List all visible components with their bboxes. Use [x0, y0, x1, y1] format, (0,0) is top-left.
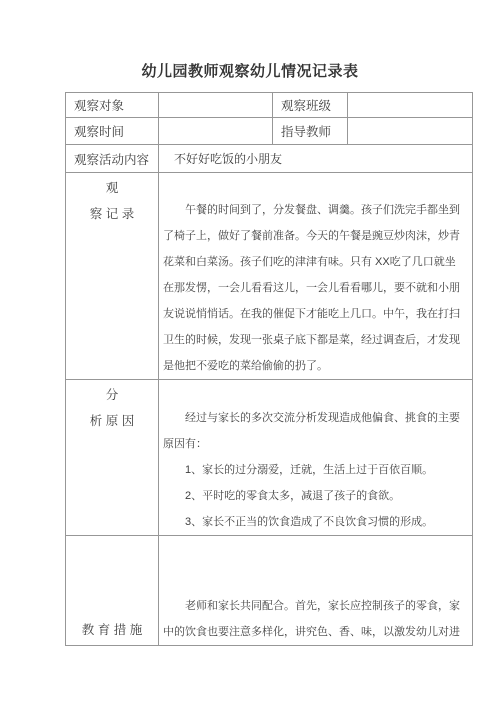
text-line: 花菜和白菜汤。孩子们吃的津津有味。只有 XX吃了几口就坐 — [163, 249, 468, 275]
text-line: 友说说悄悄话。在我的催促下才能吃上几口。中午，我在打扫 — [163, 301, 468, 327]
label-education-measures: 教 育 措 施 — [66, 536, 159, 646]
table-row: 观察对象 观察班级 — [66, 93, 473, 118]
label-observation-class: 观察班级 — [273, 93, 348, 118]
table-row: 分析 原 因 经过与家长的多次交流分析发现造成他偏食、挑食的主要原因有： 1、家… — [66, 380, 473, 536]
label-observation-subject: 观察对象 — [66, 93, 159, 118]
table-row: 观察时间 指导教师 — [66, 118, 473, 145]
text-line: 中的饮食也要注意多样化，讲究色、香、味，以激发幼儿对进 — [163, 619, 468, 645]
observation-form-table: 观察对象 观察班级 观察时间 指导教师 观察活动内容 不好好吃饭的小朋友 观察 … — [65, 92, 473, 646]
text-line: 了椅子上，做好了餐前准备。今天的午餐是豌豆炒肉沫，炒青 — [163, 223, 468, 249]
field-guiding-teacher[interactable] — [348, 118, 473, 145]
field-observation-record: 午餐的时间到了，分发餐盘、调羹。孩子们洗完手都坐到了椅子上，做好了餐前准备。今天… — [159, 173, 473, 380]
label-observation-record: 观察 记 录 — [66, 173, 159, 380]
text-line: 析 原 因 — [66, 408, 158, 434]
text-line: 在那发愣，一会儿看看这儿，一会儿看看哪儿，要不就和小朋 — [163, 275, 468, 301]
field-observation-time[interactable] — [159, 118, 273, 145]
label-observation-time: 观察时间 — [66, 118, 159, 145]
text-line: 老师和家长共同配合。首先，家长应控制孩子的零食，家 — [163, 593, 468, 619]
field-analysis-reason: 经过与家长的多次交流分析发现造成他偏食、挑食的主要原因有： 1、家长的过分溺爱，… — [159, 380, 473, 536]
table-row: 教 育 措 施 老师和家长共同配合。首先，家长应控制孩子的零食，家中的饮食也要注… — [66, 536, 473, 646]
label-activity-content: 观察活动内容 — [66, 145, 159, 173]
text-line: 1、家长的过分溺爱，迁就，生活上过于百依百顺。 — [163, 457, 468, 483]
field-education-measures: 老师和家长共同配合。首先，家长应控制孩子的零食，家中的饮食也要注意多样化，讲究色… — [159, 536, 473, 646]
label-guiding-teacher: 指导教师 — [273, 118, 348, 145]
table-row: 观察活动内容 不好好吃饭的小朋友 — [66, 145, 473, 173]
page-title: 幼儿园教师观察幼儿情况记录表 — [0, 60, 500, 81]
field-observation-class[interactable] — [348, 93, 473, 118]
label-analysis-reason: 分析 原 因 — [66, 380, 159, 536]
text-line: 午餐的时间到了，分发餐盘、调羹。孩子们洗完手都坐到 — [163, 197, 468, 223]
field-activity-content: 不好好吃饭的小朋友 — [159, 145, 473, 173]
text-line: 2、平时吃的零食太多，减退了孩子的食欲。 — [163, 483, 468, 509]
text-line: 察 记 录 — [66, 201, 158, 227]
text-line: 经过与家长的多次交流分析发现造成他偏食、挑食的主要 — [163, 405, 468, 431]
text-line: 观 — [66, 175, 158, 201]
text-line: 卫生的时候，发现一张桌子底下都是菜，经过调查后，才发现 — [163, 327, 468, 353]
text-line: 原因有： — [163, 431, 468, 457]
text-line: 是他把不爱吃的菜给偷偷的扔了。 — [163, 353, 468, 379]
table-row: 观察 记 录 午餐的时间到了，分发餐盘、调羹。孩子们洗完手都坐到了椅子上，做好了… — [66, 173, 473, 380]
text-line: 分 — [66, 382, 158, 408]
text-line: 3、家长不正当的饮食造成了不良饮食习惯的形成。 — [163, 509, 468, 535]
field-observation-subject[interactable] — [159, 93, 273, 118]
